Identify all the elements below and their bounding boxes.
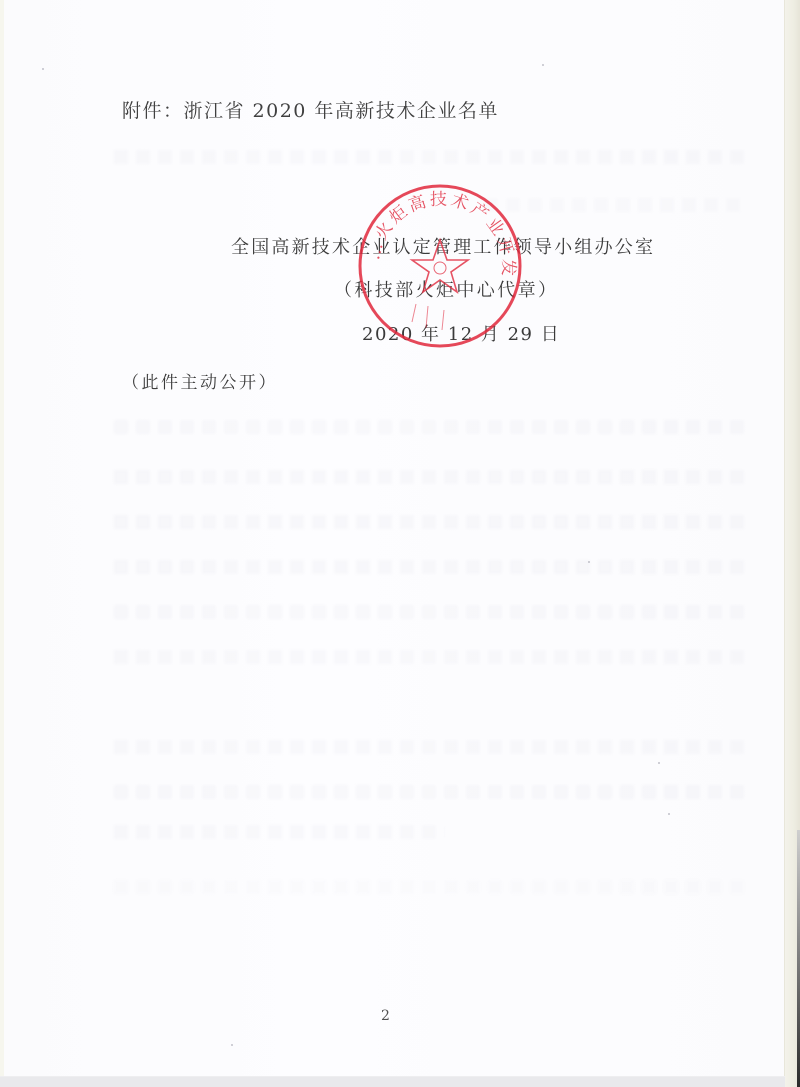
page-edge-right (784, 0, 800, 1087)
bleed-through-line (114, 880, 745, 894)
bleed-through-line (114, 785, 745, 799)
disclosure-note: （此件主动公开） (122, 368, 278, 393)
bleed-through-line (114, 515, 745, 529)
bleed-through-line (114, 605, 745, 619)
scanned-page: 附件：浙江省 2020 年高新技术企业名单 全国高新技术企业认定管理工作领导小组… (0, 0, 785, 1077)
scan-speck (668, 813, 670, 815)
bleed-through-line (114, 150, 745, 164)
scan-speck (231, 1044, 233, 1046)
scan-speck (542, 64, 544, 66)
signatory-organization: 全国高新技术企业认定管理工作领导小组办公室 (231, 233, 655, 259)
signatory-proxy-note: （科技部火炬中心代章） (334, 276, 558, 302)
bleed-through-line (114, 650, 745, 664)
signature-date: 2020 年 12 月 29 日 (362, 320, 560, 346)
bleed-through-line (484, 198, 745, 212)
page-edge-bottom (0, 1076, 785, 1087)
scan-speck (588, 561, 590, 563)
bleed-through-line (114, 560, 745, 574)
bleed-through-line (114, 470, 745, 484)
page-number: 2 (381, 1008, 391, 1024)
scan-speck (658, 762, 660, 764)
seal-ring-text: …火炬高技术产业开发区… (356, 182, 518, 279)
svg-text:…火炬高技术产业开发区…: …火炬高技术产业开发区… (356, 182, 518, 279)
scan-speck (42, 68, 44, 70)
bleed-through-line (114, 740, 745, 754)
attachment-title: 附件：浙江省 2020 年高新技术企业名单 (122, 96, 499, 123)
bleed-through-line (114, 825, 445, 839)
bleed-through-line (114, 420, 745, 434)
